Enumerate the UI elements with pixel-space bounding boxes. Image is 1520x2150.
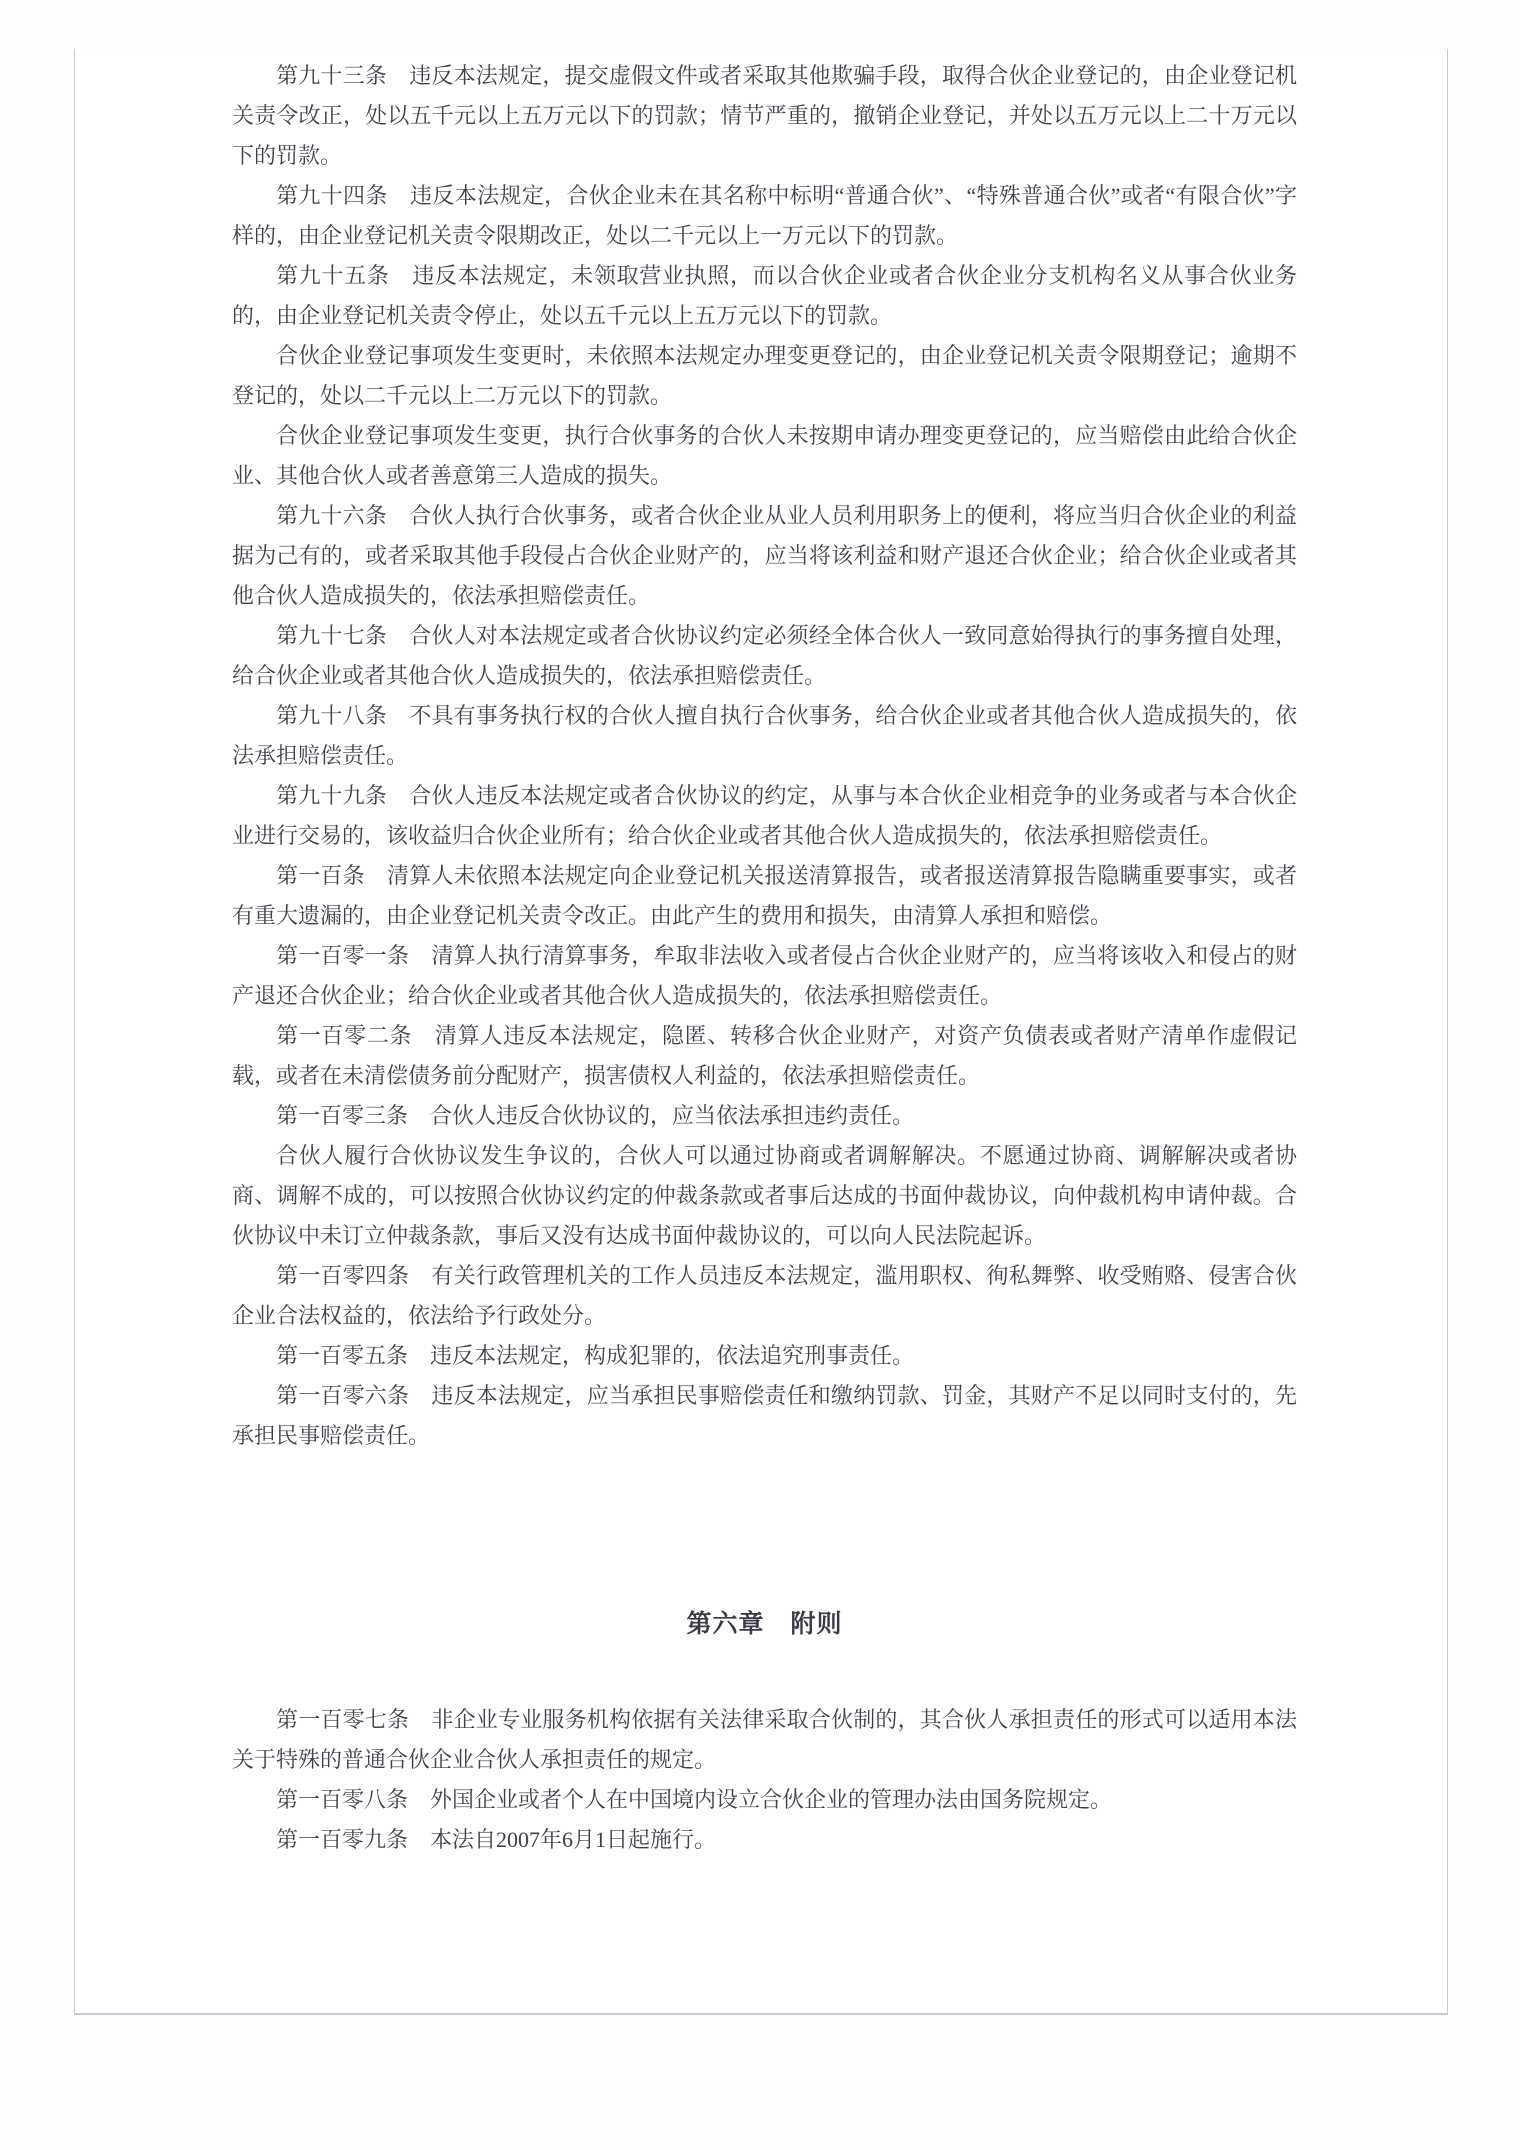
law-article-paragraph: 第一百零七条 非企业专业服务机构依据有关法律采取合伙制的，其合伙人承担责任的形式… [232, 1700, 1297, 1780]
law-article-paragraph: 第一百零二条 清算人违反本法规定，隐匿、转移合伙企业财产，对资产负债表或者财产清… [232, 1016, 1297, 1096]
law-article-paragraph: 第一百零一条 清算人执行清算事务，牟取非法收入或者侵占合伙企业财产的，应当将该收… [232, 936, 1297, 1016]
law-article-paragraph: 合伙企业登记事项发生变更，执行合伙事务的合伙人未按期申请办理变更登记的，应当赔偿… [232, 416, 1297, 496]
chapter-heading: 第六章 附则 [232, 1602, 1297, 1648]
law-article-paragraph: 第一百零九条 本法自2007年6月1日起施行。 [232, 1820, 1297, 1860]
document-page: 第九十三条 违反本法规定，提交虚假文件或者采取其他欺骗手段，取得合伙企业登记的，… [74, 49, 1448, 2015]
law-article-paragraph: 第一百条 清算人未依照本法规定向企业登记机关报送清算报告，或者报送清算报告隐瞒重… [232, 856, 1297, 936]
articles-section-supplementary-provisions: 第一百零七条 非企业专业服务机构依据有关法律采取合伙制的，其合伙人承担责任的形式… [232, 1700, 1297, 1860]
law-article-paragraph: 第一百零三条 合伙人违反合伙协议的，应当依法承担违约责任。 [232, 1096, 1297, 1136]
law-article-paragraph: 第九十八条 不具有事务执行权的合伙人擅自执行合伙事务，给合伙企业或者其他合伙人造… [232, 696, 1297, 776]
law-article-paragraph: 第九十四条 违反本法规定，合伙企业未在其名称中标明“普通合伙”、“特殊普通合伙”… [232, 176, 1297, 256]
law-article-paragraph: 第九十七条 合伙人对本法规定或者合伙协议约定必须经全体合伙人一致同意始得执行的事… [232, 616, 1297, 696]
law-article-paragraph: 第一百零五条 违反本法规定，构成犯罪的，依法追究刑事责任。 [232, 1336, 1297, 1376]
law-article-paragraph: 第九十六条 合伙人执行合伙事务，或者合伙企业从业人员利用职务上的便利，将应当归合… [232, 496, 1297, 616]
law-article-paragraph: 第九十三条 违反本法规定，提交虚假文件或者采取其他欺骗手段，取得合伙企业登记的，… [232, 56, 1297, 176]
law-article-paragraph: 合伙人履行合伙协议发生争议的，合伙人可以通过协商或者调解解决。不愿通过协商、调解… [232, 1136, 1297, 1256]
law-article-paragraph: 第一百零六条 违反本法规定，应当承担民事赔偿责任和缴纳罚款、罚金，其财产不足以同… [232, 1376, 1297, 1456]
articles-section-legal-liability: 第九十三条 违反本法规定，提交虚假文件或者采取其他欺骗手段，取得合伙企业登记的，… [232, 56, 1297, 1456]
law-article-paragraph: 第一百零四条 有关行政管理机关的工作人员违反本法规定，滥用职权、徇私舞弊、收受贿… [232, 1256, 1297, 1336]
law-article-paragraph: 第九十九条 合伙人违反本法规定或者合伙协议的约定，从事与本合伙企业相竞争的业务或… [232, 776, 1297, 856]
law-article-paragraph: 第九十五条 违反本法规定，未领取营业执照，而以合伙企业或者合伙企业分支机构名义从… [232, 256, 1297, 336]
law-article-paragraph: 合伙企业登记事项发生变更时，未依照本法规定办理变更登记的，由企业登记机关责令限期… [232, 336, 1297, 416]
law-article-paragraph: 第一百零八条 外国企业或者个人在中国境内设立合伙企业的管理办法由国务院规定。 [232, 1780, 1297, 1820]
